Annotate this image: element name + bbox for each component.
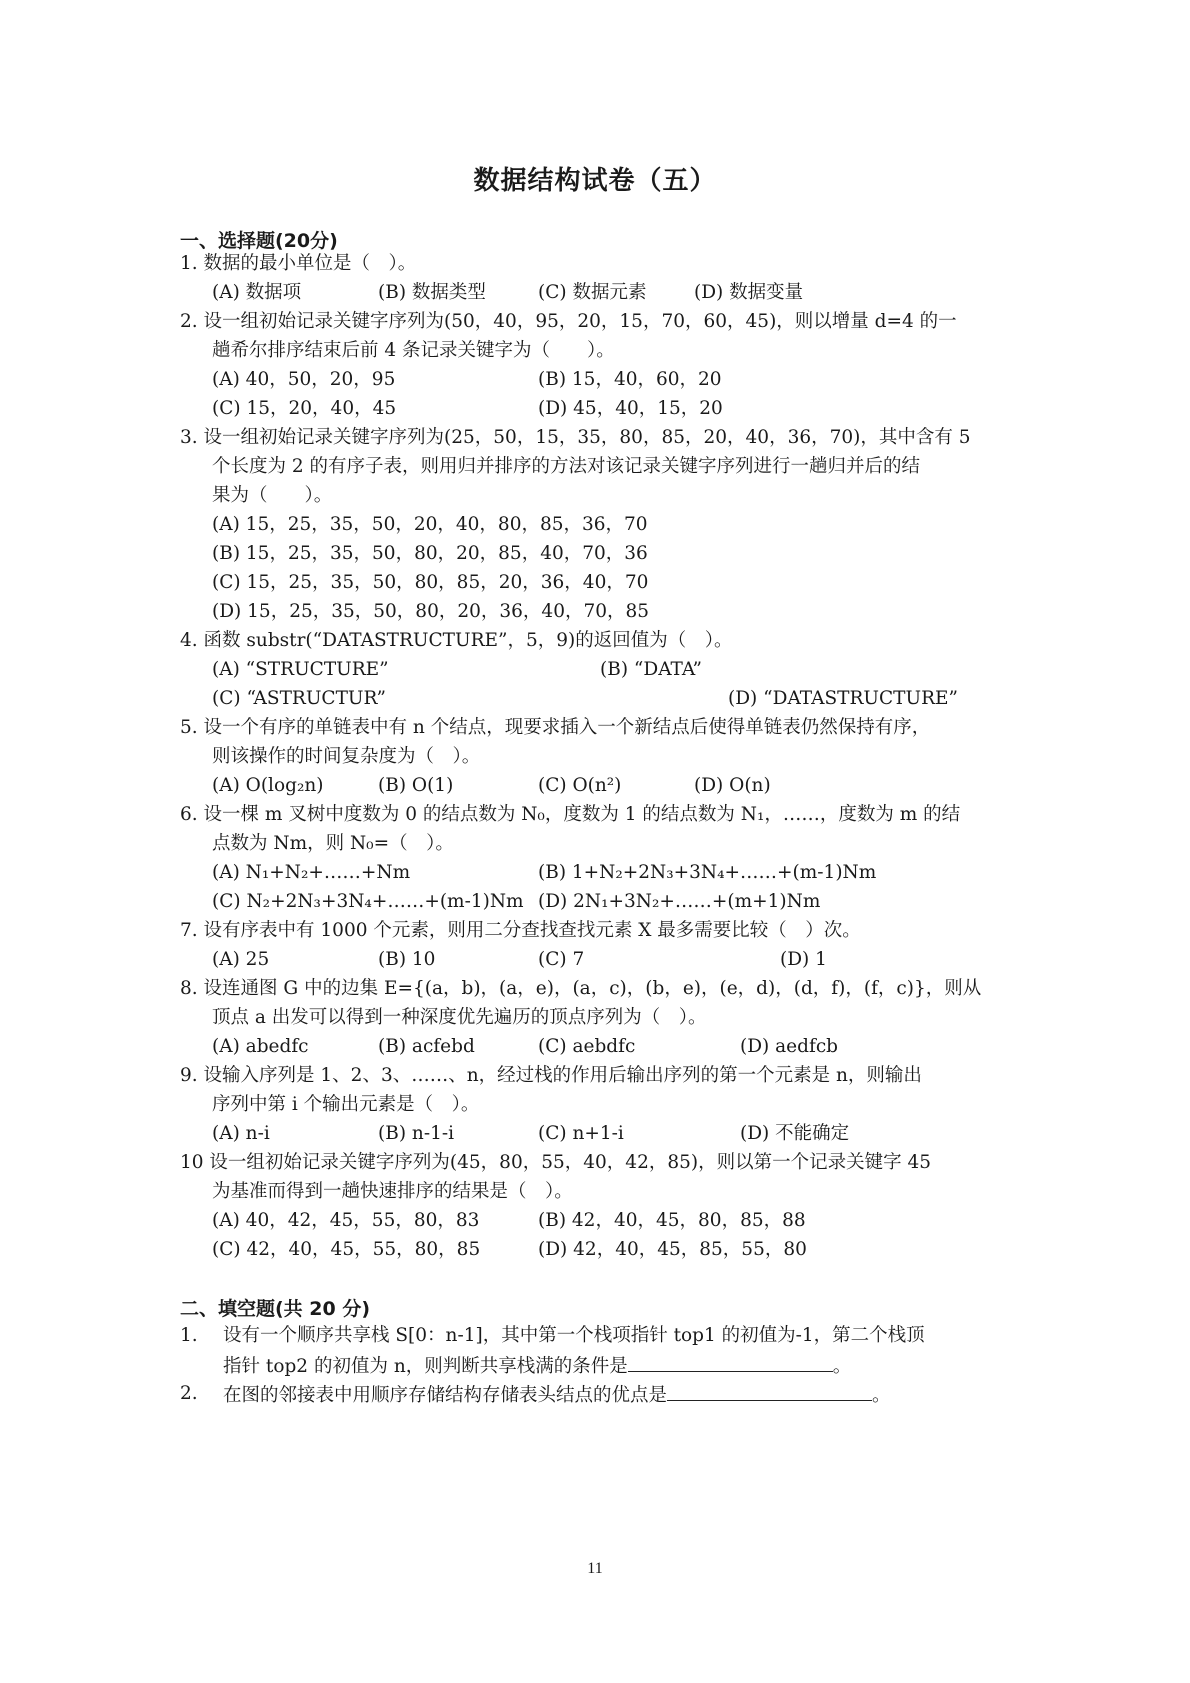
q6-option-c: (C) N₂+2N₃+3N₄+……+(m-1)Nm <box>212 890 524 914</box>
q5-option-d: (D) O(n) <box>694 774 771 798</box>
q2-option-d: (D) 45，40，15，20 <box>538 397 723 421</box>
q1-option-d: (D) 数据变量 <box>694 281 803 305</box>
question-10-cont: 为基准而得到一趟快速排序的结果是（ ）。 <box>212 1180 573 1204</box>
fill-question-2-text: 在图的邻接表中用顺序存储结构存储表头结点的优点是 <box>223 1385 667 1406</box>
q3-option-d: (D) 15，25，35，50，80，20，36，40，70，85 <box>212 600 649 624</box>
q8-option-c: (C) aebdfc <box>538 1035 635 1059</box>
fill-question-1: 设有一个顺序共享栈 S[0：n-1]，其中第一个栈项指针 top1 的初值为-1… <box>223 1324 925 1348</box>
q1-option-b: (B) 数据类型 <box>378 281 486 305</box>
q5-option-c: (C) O(n²) <box>538 774 621 798</box>
q2-option-c: (C) 15，20，40，45 <box>212 397 396 421</box>
question-10: 10 设一组初始记录关键字序列为(45，80，55，40，42，85)，则以第一… <box>180 1151 931 1175</box>
q10-option-b: (B) 42，40，45，80，85，88 <box>538 1209 806 1233</box>
q1-option-a: (A) 数据项 <box>212 281 301 305</box>
question-5-cont: 则该操作的时间复杂度为（ ）。 <box>212 745 480 769</box>
q9-option-c: (C) n+1-i <box>538 1122 624 1146</box>
question-6: 6. 设一棵 m 叉树中度数为 0 的结点数为 N₀，度数为 1 的结点数为 N… <box>180 803 960 827</box>
q7-option-b: (B) 10 <box>378 948 435 972</box>
q6-option-b: (B) 1+N₂+2N₃+3N₄+……+(m-1)Nm <box>538 861 876 885</box>
q8-option-b: (B) acfebd <box>378 1035 475 1059</box>
fill-question-1-end: 。 <box>833 1356 852 1377</box>
question-2-cont: 趟希尔排序结束后前 4 条记录关键字为（ ）。 <box>212 339 615 363</box>
fill-question-1-cont: 指针 top2 的初值为 n，则判断共享栈满的条件是。 <box>223 1353 851 1379</box>
q4-option-c: (C) “ASTRUCTUR” <box>212 687 386 711</box>
question-4: 4. 函数 substr(“DATASTRUCTURE”，5，9)的返回值为（ … <box>180 629 733 653</box>
question-6-cont: 点数为 Nm，则 N₀=（ ）。 <box>212 832 454 856</box>
question-3-cont-1: 个长度为 2 的有序子表，则用归并排序的方法对该记录关键字序列进行一趟归并后的结 <box>212 455 920 479</box>
q5-option-b: (B) O(1) <box>378 774 453 798</box>
section-heading-fill-blank: 二、填空题(共 20 分) <box>180 1294 370 1321</box>
answer-blank-2[interactable] <box>667 1382 872 1401</box>
q3-option-b: (B) 15，25，35，50，80，20，85，40，70，36 <box>212 542 648 566</box>
question-7: 7. 设有序表中有 1000 个元素，则用二分查找查找元素 X 最多需要比较（ … <box>180 919 861 943</box>
q9-option-b: (B) n-1-i <box>378 1122 454 1146</box>
page-number: 11 <box>0 1560 1190 1578</box>
question-3: 3. 设一组初始记录关键字序列为(25，50，15，35，80，85，20，40… <box>180 426 971 450</box>
fill-question-2-end: 。 <box>872 1385 891 1406</box>
q4-option-a: (A) “STRUCTURE” <box>212 658 389 682</box>
question-8-cont: 顶点 a 出发可以得到一种深度优先遍历的顶点序列为（ ）。 <box>212 1006 707 1030</box>
question-1: 1. 数据的最小单位是（ ）。 <box>180 252 416 276</box>
q2-option-b: (B) 15，40，60，20 <box>538 368 722 392</box>
fill-question-2-number: 2. <box>180 1382 198 1406</box>
q6-option-a: (A) N₁+N₂+……+Nm <box>212 861 410 885</box>
question-9-cont: 序列中第 i 个输出元素是（ ）。 <box>212 1093 479 1117</box>
q1-option-c: (C) 数据元素 <box>538 281 646 305</box>
question-8: 8. 设连通图 G 中的边集 E={(a，b)，(a，e)，(a，c)，(b，e… <box>180 977 981 1001</box>
q10-option-a: (A) 40，42，45，55，80，83 <box>212 1209 479 1233</box>
q4-option-d: (D) “DATASTRUCTURE” <box>728 687 958 711</box>
q2-option-a: (A) 40，50，20，95 <box>212 368 395 392</box>
question-5: 5. 设一个有序的单链表中有 n 个结点，现要求插入一个新结点后使得单链表仍然保… <box>180 716 930 740</box>
q7-option-d: (D) 1 <box>780 948 827 972</box>
q6-option-d: (D) 2N₁+3N₂+……+(m+1)Nm <box>538 890 820 914</box>
page-title: 数据结构试卷（五） <box>0 160 1190 197</box>
q8-option-a: (A) abedfc <box>212 1035 309 1059</box>
q10-option-c: (C) 42，40，45，55，80，85 <box>212 1238 480 1262</box>
q5-option-a: (A) O(log₂n) <box>212 774 324 798</box>
answer-blank-1[interactable] <box>628 1353 833 1372</box>
q10-option-d: (D) 42，40，45，85，55，80 <box>538 1238 807 1262</box>
q3-option-c: (C) 15，25，35，50，80，85，20，36，40，70 <box>212 571 648 595</box>
q4-option-b: (B) “DATA” <box>600 658 702 682</box>
q7-option-c: (C) 7 <box>538 948 584 972</box>
q3-option-a: (A) 15，25，35，50，20，40，80，85，36，70 <box>212 513 648 537</box>
q9-option-a: (A) n-i <box>212 1122 270 1146</box>
question-9: 9. 设输入序列是 1、2、3、……、n，经过栈的作用后输出序列的第一个元素是 … <box>180 1064 922 1088</box>
section-heading-choice: 一、选择题(20分) <box>180 226 338 253</box>
fill-question-2: 在图的邻接表中用顺序存储结构存储表头结点的优点是。 <box>223 1382 891 1408</box>
q7-option-a: (A) 25 <box>212 948 269 972</box>
fill-question-1-number: 1. <box>180 1324 198 1348</box>
question-2: 2. 设一组初始记录关键字序列为(50，40，95，20，15，70，60，45… <box>180 310 957 334</box>
q8-option-d: (D) aedfcb <box>740 1035 838 1059</box>
q9-option-d: (D) 不能确定 <box>740 1122 849 1146</box>
question-3-cont-2: 果为（ ）。 <box>212 484 332 508</box>
fill-question-1-text: 指针 top2 的初值为 n，则判断共享栈满的条件是 <box>223 1356 628 1377</box>
